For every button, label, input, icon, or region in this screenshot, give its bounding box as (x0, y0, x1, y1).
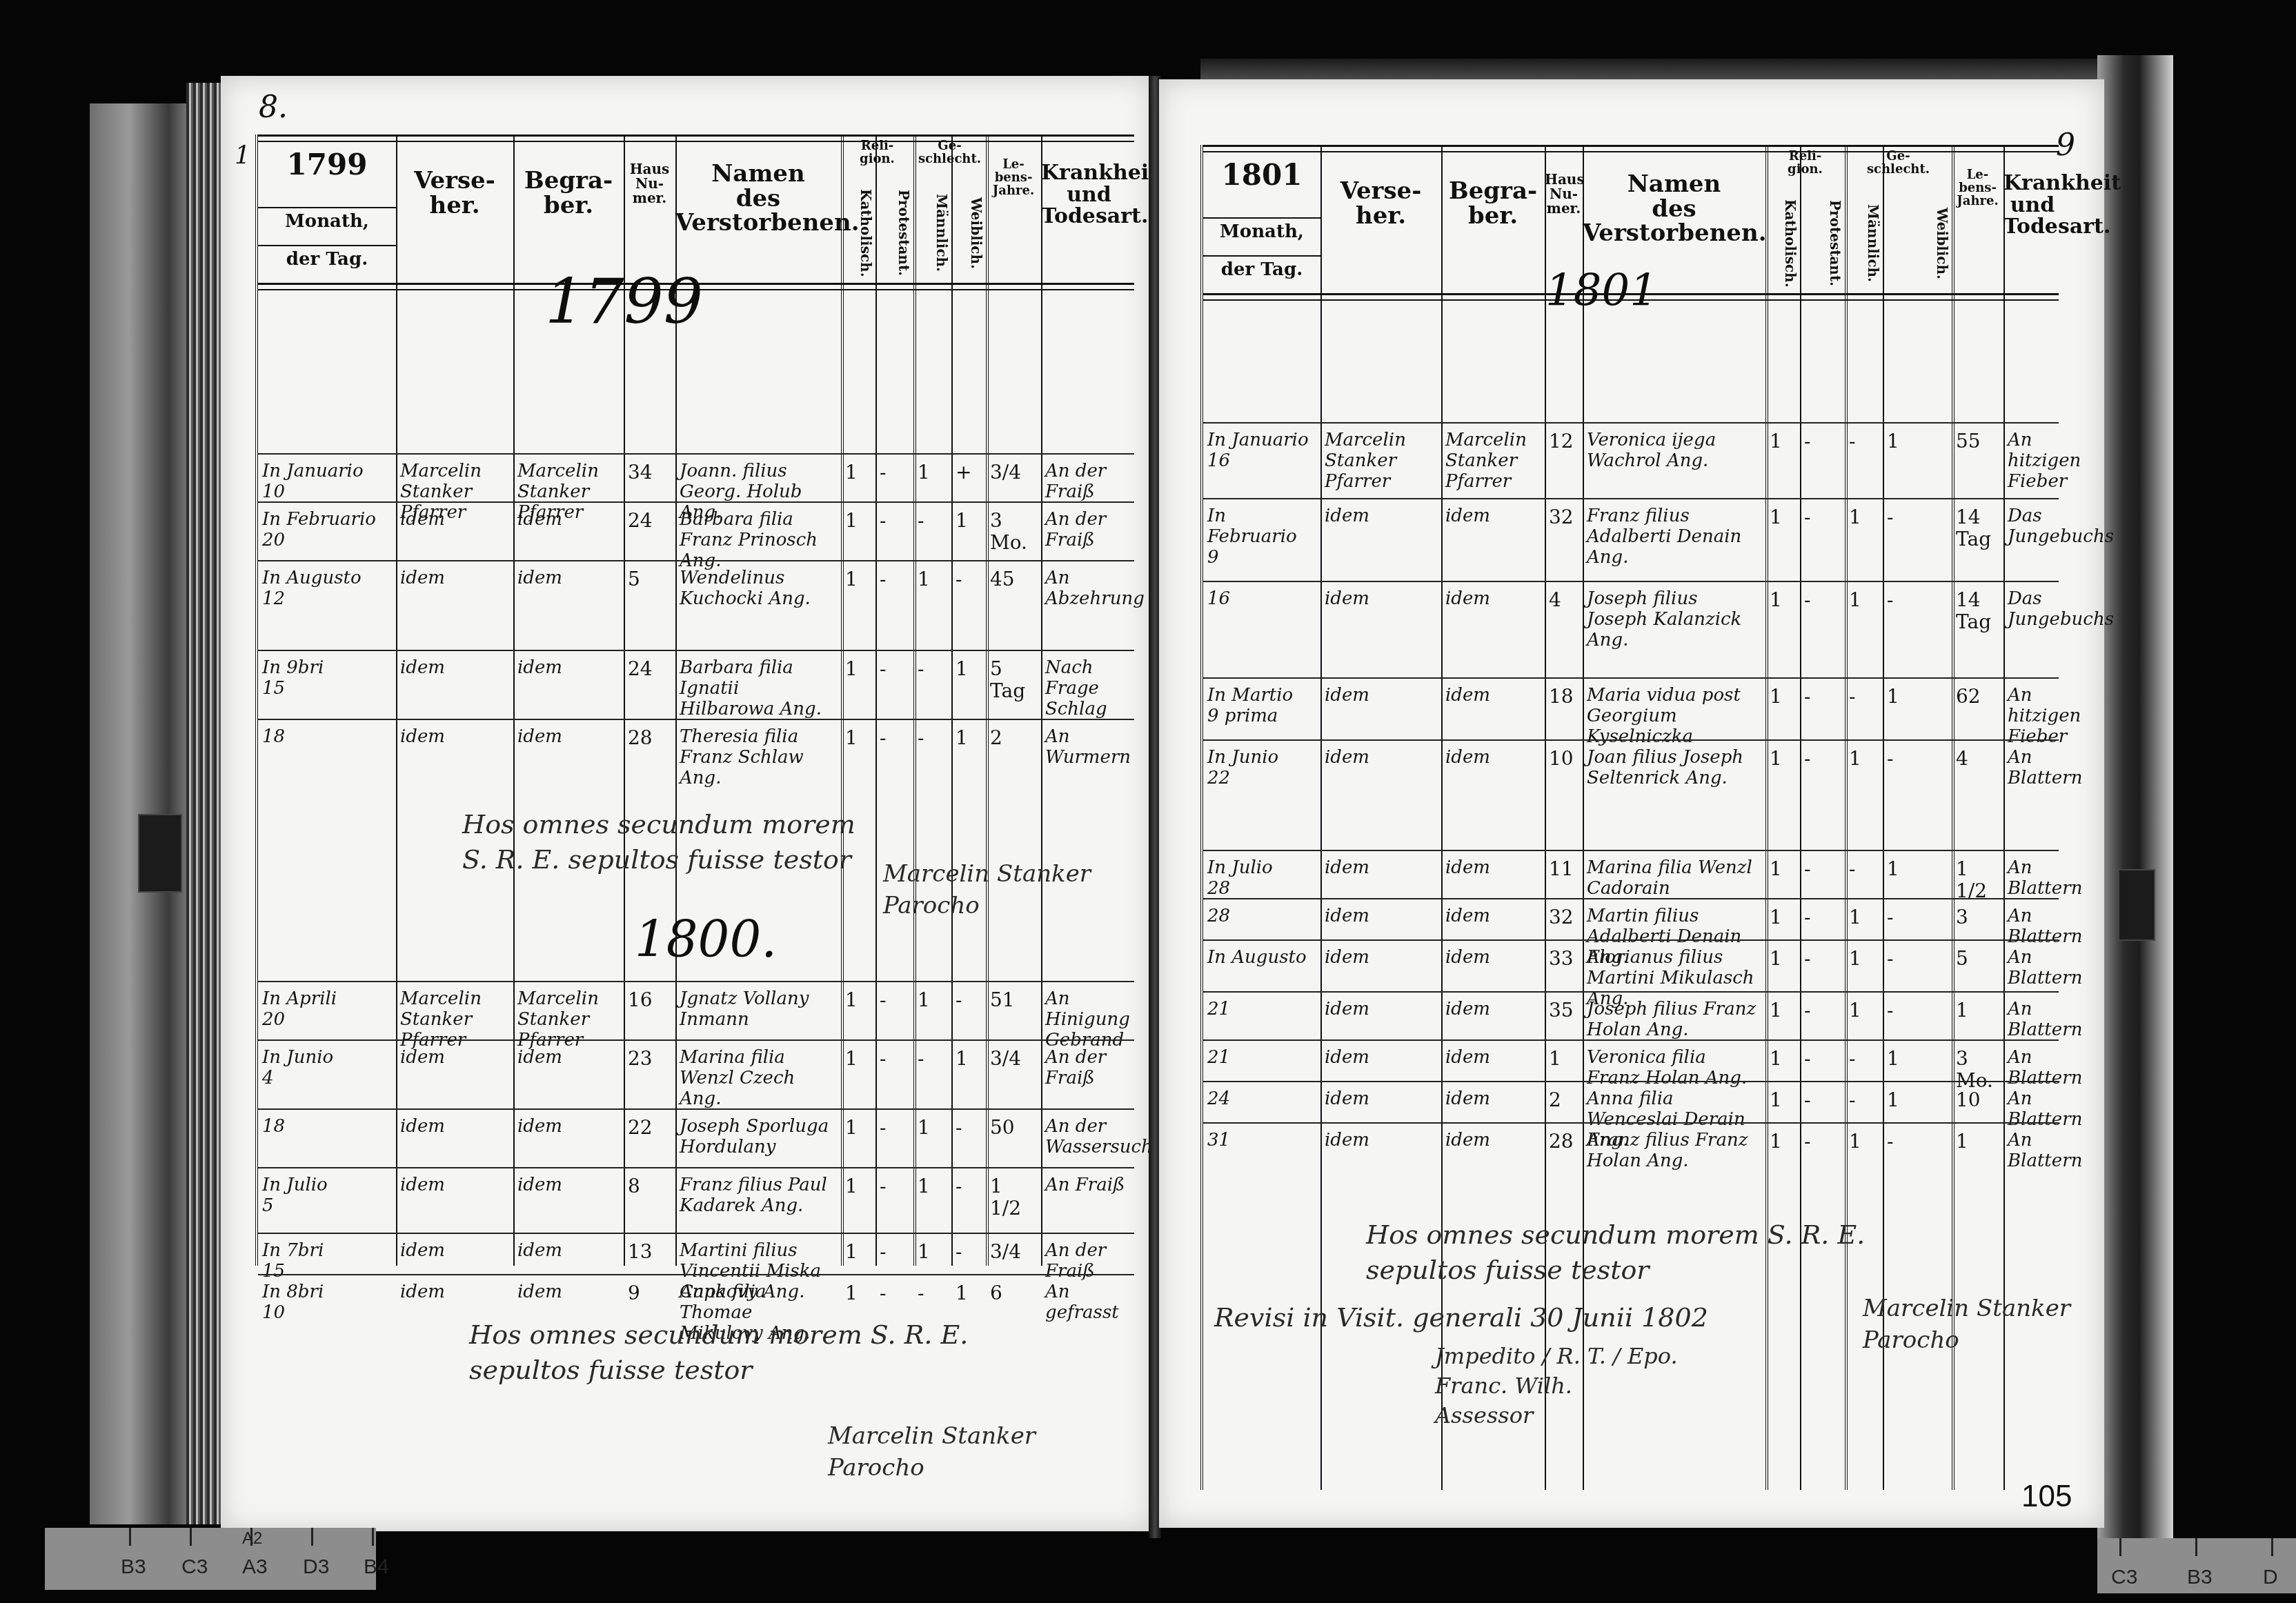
cell-date: In Junio 22 (1207, 748, 1318, 789)
cell-katholisch: 1 (1770, 1089, 1797, 1111)
row-divider (1203, 1039, 2059, 1041)
book-cover-right (2097, 55, 2173, 1538)
cell-begraber: idem (517, 568, 621, 589)
right-page: 9 1801Monath,der Tag.Verse- her.Begra- b… (1159, 79, 2104, 1528)
cell-begraber: idem (1445, 999, 1542, 1020)
cell-haus: 24 (628, 658, 673, 680)
table-row: In Januario 10Marcelin Stanker PfarrerMa… (258, 459, 1137, 459)
cell-begraber: idem (517, 1175, 621, 1196)
column-divider (1952, 145, 1954, 1490)
cell-alter: 1 1/2 (990, 1175, 1038, 1219)
cell-versehen: idem (1325, 589, 1438, 610)
cell-begraber: idem (1445, 1131, 1542, 1151)
page-number-right: 9 (2056, 128, 2075, 163)
cell-katholisch: 1 (1770, 999, 1797, 1022)
cell-name: Franz filius Adalberti Denain Ang. (1587, 506, 1763, 568)
cell-katholisch: 1 (1770, 906, 1797, 928)
cell-begraber: idem (1445, 506, 1542, 527)
cell-date: In Julio 5 (262, 1175, 393, 1217)
header-lebensjahre: Le- bens- Jahre. (986, 159, 1041, 198)
column-divider (1883, 145, 1884, 1490)
scale-tick (2119, 1538, 2121, 1556)
cell-versehen: idem (400, 1282, 511, 1303)
table-row: 21idemidem35Joseph filius Franz Holan An… (1203, 997, 2061, 997)
header-month: Monath, (258, 207, 396, 231)
cell-begraber: idem (1445, 858, 1542, 879)
folio-stamp: 105 (2021, 1480, 2072, 1514)
cell-name: Joseph Sporluga Hordulany (680, 1117, 838, 1158)
cell-haus: 1 (1549, 1048, 1580, 1070)
header-maennlich: Männlich. (1848, 199, 1880, 288)
cell-versehen: idem (400, 1048, 511, 1068)
cell-versehen: idem (1325, 906, 1438, 927)
cell-alter: 55 (1956, 430, 2001, 452)
cell-begraber: idem (517, 658, 621, 679)
cell-protestant: - (1804, 906, 1842, 928)
scale-label: D3 (303, 1555, 329, 1579)
header-weiblich: Weiblich. (1886, 199, 1949, 288)
column-divider (986, 135, 989, 1266)
scale-tick (2271, 1538, 2273, 1556)
cell-maennlich: 1 (1849, 906, 1880, 928)
cell-maennlich: - (918, 1282, 949, 1304)
table-row: 18idemidem22Joseph Sporluga Hordulany1-1… (258, 1114, 1137, 1115)
cell-maennlich: 1 (918, 1241, 949, 1263)
table-row: In Junio 4idemidem23Marina filia Wenzl C… (258, 1045, 1137, 1046)
cell-weiblich: - (956, 1175, 983, 1197)
cell-protestant: - (1804, 589, 1842, 611)
cell-krankheit: An der Fraiß (1045, 510, 1134, 551)
cell-katholisch: 1 (845, 510, 873, 532)
column-divider (951, 135, 953, 1266)
table-row: 21idemidem1Veronica filia Franz Holan An… (1203, 1045, 2061, 1046)
cell-krankheit: An Fraiß (1045, 1175, 1134, 1196)
cell-weiblich: - (1887, 748, 1949, 770)
clasp-left (138, 814, 182, 893)
table-row: 24idemidem2Anna filia Wenceslai Derain A… (1203, 1086, 2061, 1087)
row-divider (1203, 677, 2059, 679)
cell-haus: 35 (1549, 999, 1580, 1022)
clasp-right (2118, 869, 2155, 941)
cell-versehen: Marcelin Stanker Pfarrer (400, 989, 511, 1051)
cell-maennlich: - (1849, 1089, 1880, 1111)
cell-protestant: - (1804, 430, 1842, 452)
cell-maennlich: 1 (918, 1175, 949, 1197)
cell-protestant: - (880, 658, 911, 680)
table-row: In Julio 28idemidem11Marina filia Wenzl … (1203, 855, 2061, 856)
cell-date: In Junio 4 (262, 1048, 393, 1089)
cell-name: Jgnatz Vollany Inmann (680, 989, 838, 1030)
cell-weiblich: 1 (1887, 1048, 1949, 1070)
cell-katholisch: 1 (845, 1048, 873, 1070)
cell-date: In 7bri 15 (262, 1241, 393, 1282)
cell-maennlich: 1 (1849, 506, 1880, 528)
cell-katholisch: 1 (1770, 1048, 1797, 1070)
cell-weiblich: 1 (1887, 1089, 1949, 1111)
header-protestant: Protestant. (878, 188, 911, 278)
row-divider (1203, 850, 2059, 851)
cell-weiblich: 1 (1887, 858, 1949, 880)
row-divider (1203, 422, 2059, 424)
cell-maennlich: - (918, 1048, 949, 1070)
cell-date: 21 (1207, 1048, 1318, 1068)
cell-alter: 45 (990, 568, 1038, 590)
cell-versehen: idem (400, 510, 511, 530)
year-heading-1800: 1800. (635, 910, 777, 968)
cell-versehen: idem (1325, 506, 1438, 527)
table-row: In 7bri 15idemidem13Martini filius Vince… (258, 1238, 1137, 1239)
header-lebensjahre: Le- bens- Jahre. (1952, 169, 2003, 208)
cell-date: In Januario 10 (262, 461, 393, 503)
header-begraber: Begra- ber. (1441, 179, 1545, 228)
scale-label: A3 (242, 1555, 268, 1579)
cell-begraber: idem (1445, 906, 1542, 927)
scale-tick (129, 1528, 131, 1546)
attestation-1800: Hos omnes secundum morem S. R. E. sepult… (469, 1317, 968, 1388)
cell-maennlich: - (1849, 858, 1880, 880)
cell-maennlich: 1 (918, 568, 949, 590)
scale-bar-right: C3B3D (2097, 1538, 2296, 1593)
cell-krankheit: An hitzigen Fieber (2008, 686, 2059, 748)
cell-name: Theresia filia Franz Schlaw Ang. (680, 727, 838, 789)
header-namen: Namen des Verstorbenen. (1583, 172, 1765, 246)
year-heading-1801: 1801 (1545, 266, 1658, 317)
cell-weiblich: - (1887, 506, 1949, 528)
cell-krankheit: An Blattern (2008, 858, 2059, 899)
header-katholisch: Katholisch. (1768, 199, 1797, 288)
header-religion: Reli- gion. (841, 140, 913, 166)
cell-begraber: idem (517, 510, 621, 530)
scale-tick (190, 1528, 192, 1546)
cell-katholisch: 1 (845, 1241, 873, 1263)
cell-maennlich: 1 (918, 461, 949, 484)
cell-alter: 1 1/2 (1956, 858, 2001, 902)
row-divider (1203, 739, 2059, 741)
cell-protestant: - (1804, 1131, 1842, 1153)
cell-date: 31 (1207, 1131, 1318, 1151)
cell-weiblich: - (956, 1117, 983, 1139)
cell-krankheit: An Blattern (2008, 1048, 2059, 1089)
cell-protestant: - (1804, 748, 1842, 770)
cell-weiblich: 1 (956, 1048, 983, 1070)
cell-begraber: idem (1445, 748, 1542, 768)
cell-krankheit: An Blattern (2008, 906, 2059, 948)
cell-protestant: - (880, 989, 911, 1011)
cell-krankheit: An Abzehrung (1045, 568, 1134, 610)
cell-krankheit: An Blattern (2008, 1131, 2059, 1172)
cell-weiblich: - (956, 568, 983, 590)
cell-haus: 33 (1549, 948, 1580, 970)
scale-label: C3 (2111, 1566, 2137, 1589)
cell-haus: 24 (628, 510, 673, 532)
cell-name: Maria vidua post Georgium Kyselniczka (1587, 686, 1763, 748)
cell-begraber: idem (517, 1282, 621, 1303)
cell-weiblich: - (1887, 1131, 1949, 1153)
cell-alter: 3/4 (990, 1241, 1038, 1263)
cell-maennlich: - (1849, 1048, 1880, 1070)
cell-weiblich: 1 (956, 727, 983, 749)
visitation-note: Revisi in Visit. generali 30 Junii 1802 (1214, 1300, 1708, 1335)
cell-alter: 14 Tag (1956, 506, 2001, 550)
scale-label: B3 (2187, 1566, 2213, 1589)
table-row: In Augusto idemidem33Florianus filius Ma… (1203, 945, 2061, 946)
cell-katholisch: 1 (845, 461, 873, 484)
cell-alter: 3 Mo. (1956, 1048, 2001, 1092)
cell-versehen: idem (400, 1241, 511, 1262)
cell-krankheit: Das Jungebuchs (2008, 506, 2059, 548)
table-row: 18idemidem28Theresia filia Franz Schlaw … (258, 724, 1137, 725)
cell-alter: 6 (990, 1282, 1038, 1304)
cell-protestant: - (1804, 1048, 1842, 1070)
cell-krankheit: Nach Frage Schlag (1045, 658, 1134, 720)
cell-weiblich: - (1887, 589, 1949, 611)
cell-katholisch: 1 (845, 989, 873, 1011)
cell-protestant: - (880, 1048, 911, 1070)
cell-alter: 4 (1956, 748, 2001, 770)
cell-protestant: - (880, 727, 911, 749)
cell-versehen: idem (1325, 948, 1438, 968)
cell-begraber: idem (1445, 686, 1542, 706)
cell-versehen: idem (1325, 999, 1438, 1020)
cell-haus: 9 (628, 1282, 673, 1304)
cell-krankheit: Das Jungebuchs (2008, 589, 2059, 630)
header-krankheit: Krankheit und Todesart. (1041, 162, 1137, 228)
cell-maennlich: 1 (918, 1117, 949, 1139)
cell-begraber: idem (517, 1241, 621, 1262)
cell-name: Wendelinus Kuchocki Ang. (680, 568, 838, 610)
row-divider (258, 1233, 1134, 1234)
cell-date: In Februario 9 (1207, 506, 1318, 568)
cell-date: In Julio 28 (1207, 858, 1318, 899)
cell-date: In Augusto (1207, 948, 1318, 968)
cell-protestant: - (1804, 686, 1842, 708)
row-divider (258, 981, 1134, 982)
column-divider (913, 135, 916, 1266)
cell-date: In Martio 9 prima (1207, 686, 1318, 727)
table-row: In Junio 22idemidem10Joan filius Joseph … (1203, 745, 2061, 746)
cell-alter: 14 Tag (1956, 589, 2001, 633)
header-krankheit: Krankheit und Todesart. (2003, 172, 2061, 238)
cell-begraber: idem (1445, 589, 1542, 610)
cell-name: Joseph filius Franz Holan Ang. (1587, 999, 1763, 1041)
column-divider (2003, 145, 2005, 1490)
cell-name: Franz filius Paul Kadarek Ang. (680, 1175, 838, 1217)
cell-weiblich: 1 (956, 658, 983, 680)
cell-date: In Augusto 12 (262, 568, 393, 610)
cell-maennlich: 1 (1849, 999, 1880, 1022)
cell-alter: 62 (1956, 686, 2001, 708)
cell-versehen: idem (400, 1175, 511, 1196)
cell-alter: 51 (990, 989, 1038, 1011)
row-divider (258, 560, 1134, 561)
header-versehen: Verse- her. (1320, 179, 1441, 228)
row-divider (258, 1274, 1134, 1275)
cell-protestant: - (1804, 858, 1842, 880)
margin-mark: 1 (235, 141, 250, 170)
header-versehen: Verse- her. (396, 169, 513, 218)
cell-weiblich: 1 (956, 510, 983, 532)
scale-tick (2195, 1538, 2197, 1556)
cell-weiblich: - (956, 989, 983, 1011)
row-divider (258, 1039, 1134, 1041)
cell-versehen: Marcelin Stanker Pfarrer (1325, 430, 1438, 492)
table-row: In 9bri 15idemidem24Barbara filia Ignati… (258, 655, 1137, 656)
scale-tick (250, 1528, 253, 1546)
cell-date: 18 (262, 727, 393, 748)
cell-katholisch: 1 (1770, 948, 1797, 970)
cell-versehen: idem (400, 658, 511, 679)
cell-protestant: - (880, 461, 911, 484)
column-divider (841, 135, 844, 1266)
cell-date: 21 (1207, 999, 1318, 1020)
cell-haus: 13 (628, 1241, 673, 1263)
signature-1799: Marcelin Stanker Parocho (883, 859, 1091, 922)
cell-maennlich: - (918, 658, 949, 680)
table-row: In Januario 16Marcelin Stanker PfarrerMa… (1203, 428, 2061, 428)
cell-alter: 2 (990, 727, 1038, 749)
cell-haus: 28 (628, 727, 673, 749)
cell-weiblich: 1 (956, 1282, 983, 1304)
cell-protestant: - (880, 1117, 911, 1139)
row-divider (258, 1108, 1134, 1110)
cell-krankheit: An der Wassersucht (1045, 1117, 1134, 1158)
table-row: In Julio 5idemidem8Franz filius Paul Kad… (258, 1173, 1137, 1173)
table-row: In Martio 9 primaidemidem18Maria vidua p… (1203, 683, 2061, 684)
cell-katholisch: 1 (1770, 430, 1797, 452)
cell-alter: 10 (1956, 1089, 2001, 1111)
cell-protestant: - (1804, 1089, 1842, 1111)
column-divider (513, 135, 515, 1266)
table-row: In Februario 9idemidem32Franz filius Ada… (1203, 504, 2061, 504)
cell-weiblich: 1 (1887, 686, 1949, 708)
cell-haus: 5 (628, 568, 673, 590)
cell-krankheit: An der Fraiß (1045, 1241, 1134, 1282)
cell-begraber: Marcelin Stanker Pfarrer (1445, 430, 1542, 492)
cell-name: Marina filia Wenzl Cadorain (1587, 858, 1763, 899)
header-protestant: Protestant. (1803, 199, 1842, 288)
cell-haus: 16 (628, 989, 673, 1011)
cell-versehen: idem (1325, 1089, 1438, 1110)
cell-alter: 5 Tag (990, 658, 1038, 702)
row-divider (1203, 1081, 2059, 1082)
cell-versehen: idem (400, 1117, 511, 1137)
cell-haus: 28 (1549, 1131, 1580, 1153)
cell-alter: 1 (1956, 999, 2001, 1022)
cell-protestant: - (880, 1282, 911, 1304)
header-top-rule (258, 135, 1134, 142)
cell-begraber: idem (517, 727, 621, 748)
cell-date: In 9bri 15 (262, 658, 393, 699)
cell-krankheit: An gefrasst (1045, 1282, 1134, 1324)
header-weiblich: Weiblich. (954, 188, 983, 278)
scale-tick (372, 1528, 374, 1546)
cell-maennlich: - (918, 510, 949, 532)
row-divider (258, 1167, 1134, 1168)
scale-label: C3 (181, 1555, 208, 1579)
column-divider (1041, 135, 1042, 1266)
cell-date: 24 (1207, 1089, 1318, 1110)
cell-alter: 5 (1956, 948, 2001, 970)
cell-krankheit: An hitzigen Fieber (2008, 430, 2059, 492)
cell-name: Barbara filia Franz Prinosch Ang. (680, 510, 838, 572)
cell-krankheit: An Wurmern (1045, 727, 1134, 768)
cell-versehen: idem (1325, 686, 1438, 706)
cell-krankheit: An Hinigung Gebrand (1045, 989, 1134, 1051)
cell-haus: 18 (1549, 686, 1580, 708)
cell-protestant: - (880, 510, 911, 532)
row-divider (258, 501, 1134, 503)
cell-haus: 4 (1549, 589, 1580, 611)
cell-name: Joseph filius Joseph Kalanzick Ang. (1587, 589, 1763, 651)
row-divider (1203, 939, 2059, 941)
row-divider (258, 453, 1134, 455)
header-geschlecht: Ge- schlecht. (913, 140, 986, 166)
cell-katholisch: 1 (845, 1117, 873, 1139)
header-maennlich: Männlich. (916, 188, 949, 278)
cell-weiblich: - (1887, 999, 1949, 1022)
cell-katholisch: 1 (1770, 748, 1797, 770)
cell-begraber: idem (517, 1117, 621, 1137)
scale-bar-left: B3C3A3D3B4A2 (45, 1528, 376, 1590)
cell-begraber: idem (517, 1048, 621, 1068)
cell-katholisch: 1 (845, 1175, 873, 1197)
cell-maennlich: - (1849, 686, 1880, 708)
cell-maennlich: - (1849, 430, 1880, 452)
year-heading-1799: 1799 (545, 266, 703, 338)
cell-protestant: - (880, 1241, 911, 1263)
table-row: 16idemidem4Joseph filius Joseph Kalanzic… (1203, 586, 2061, 587)
cell-krankheit: An Blattern (2008, 948, 2059, 989)
header-haus: Haus Nu- mer. (1545, 172, 1583, 216)
page-number-left: 8. (259, 90, 288, 125)
header-year: 1799 (258, 150, 396, 180)
cell-haus: 2 (1549, 1089, 1580, 1111)
cell-date: In 8bri 10 (262, 1282, 393, 1324)
table-row: In Aprili 20Marcelin Stanker PfarrerMarc… (258, 986, 1137, 987)
cell-weiblich: - (956, 1241, 983, 1263)
scale-label: D (2263, 1566, 2278, 1589)
cell-maennlich: 1 (918, 989, 949, 1011)
cell-katholisch: 1 (1770, 1131, 1797, 1153)
cell-maennlich: 1 (1849, 948, 1880, 970)
signature-1800: Marcelin Stanker Parocho (828, 1421, 1036, 1484)
cell-katholisch: 1 (1770, 506, 1797, 528)
cell-katholisch: 1 (845, 568, 873, 590)
cell-versehen: idem (1325, 1131, 1438, 1151)
row-divider (258, 719, 1134, 720)
cell-alter: 50 (990, 1117, 1038, 1139)
cell-protestant: - (1804, 948, 1842, 970)
cell-krankheit: An der Fraiß (1045, 461, 1134, 503)
table-row: 31idemidem28Franz filius Franz Holan Ang… (1203, 1128, 2061, 1128)
table-row: In Februario 20idemidem24Barbara filia F… (258, 507, 1137, 508)
cell-katholisch: 1 (845, 727, 873, 749)
cell-weiblich: 1 (1887, 430, 1949, 452)
cell-haus: 32 (1549, 506, 1580, 528)
row-divider (1203, 991, 2059, 993)
cell-krankheit: An Blattern (2008, 999, 2059, 1041)
cell-name: Veronica filia Franz Holan Ang. (1587, 1048, 1763, 1089)
scale-tick (311, 1528, 313, 1546)
header-namen: Namen des Verstorbenen. (675, 162, 841, 236)
cell-haus: 22 (628, 1117, 673, 1139)
cell-haus: 12 (1549, 430, 1580, 452)
cell-katholisch: 1 (1770, 858, 1797, 880)
cell-krankheit: An der Fraiß (1045, 1048, 1134, 1089)
cell-versehen: idem (400, 568, 511, 589)
cell-protestant: - (880, 568, 911, 590)
cell-katholisch: 1 (845, 658, 873, 680)
